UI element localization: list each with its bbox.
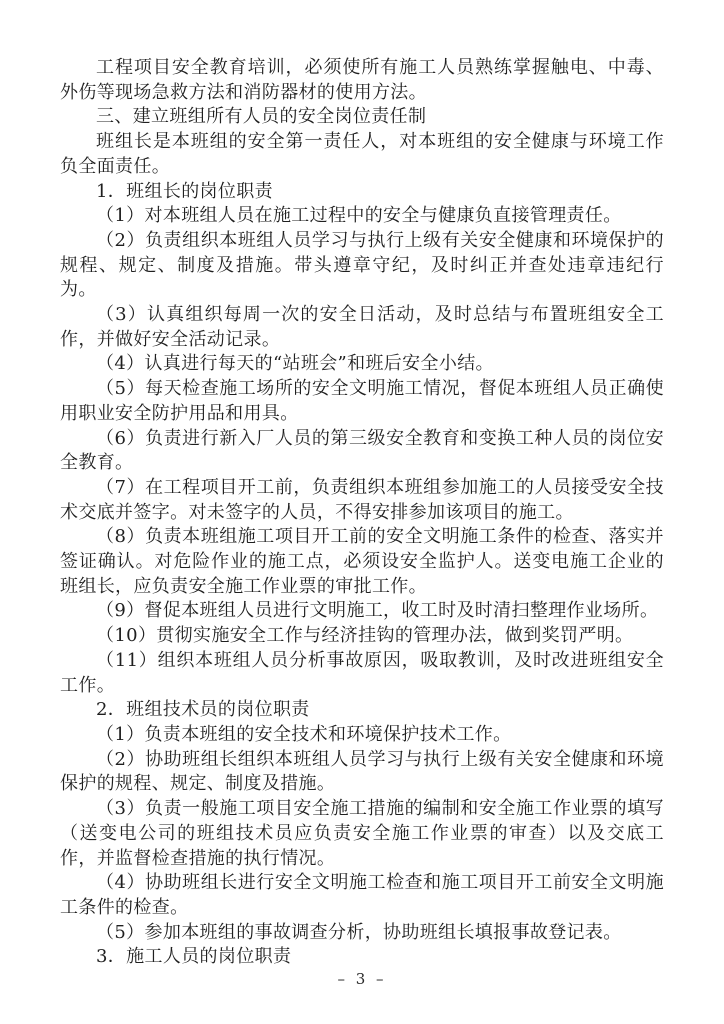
leader-duty-1: （1）对本班组人员在施工过程中的安全与健康负直接管理责任。: [60, 204, 664, 229]
leader-duty-8: （8）负责本班组施工项目开工前的安全文明施工条件的检查、落实并签证确认。对危险作…: [60, 525, 664, 599]
leader-duty-5: （5）每天检查施工场所的安全文明施工情况，督促本班组人员正确使用职业安全防护用品…: [60, 377, 664, 426]
heading-leader-duties: 1．班组长的岗位职责: [60, 180, 664, 205]
document-page: 工程项目安全教育培训，必须使所有施工人员熟练掌握触电、中毒、外伤等现场急救方法和…: [0, 0, 724, 1024]
heading-technician-duties: 2．班组技术员的岗位职责: [60, 698, 664, 723]
technician-duty-3: （3）负责一般施工项目安全施工措施的编制和安全施工作业票的填写（送变电公司的班组…: [60, 797, 664, 871]
technician-duty-2: （2）协助班组长组织本班组人员学习与执行上级有关安全健康和环境保护的规程、规定、…: [60, 748, 664, 797]
para-training-requirement: 工程项目安全教育培训，必须使所有施工人员熟练掌握触电、中毒、外伤等现场急救方法和…: [60, 56, 664, 105]
leader-duty-11: （11）组织本班组人员分析事故原因，吸取教训，及时改进班组安全工作。: [60, 649, 664, 698]
document-body: 工程项目安全教育培训，必须使所有施工人员熟练掌握触电、中毒、外伤等现场急救方法和…: [60, 56, 664, 970]
technician-duty-5: （5）参加本班组的事故调查分析，协助班组长填报事故登记表。: [60, 921, 664, 946]
technician-duty-1: （1）负责本班组的安全技术和环境保护技术工作。: [60, 723, 664, 748]
leader-duty-6: （6）负责进行新入厂人员的第三级安全教育和变换工种人员的岗位安全教育。: [60, 427, 664, 476]
heading-section-3: 三、建立班组所有人员的安全岗位责任制: [60, 105, 664, 130]
page-number: – 3 –: [0, 970, 724, 988]
para-leader-first-responsible: 班组长是本班组的安全第一责任人，对本班组的安全健康与环境工作负全面责任。: [60, 130, 664, 179]
heading-worker-duties: 3．施工人员的岗位职责: [60, 945, 664, 970]
technician-duty-4: （4）协助班组长进行安全文明施工检查和施工项目开工前安全文明施工条件的检查。: [60, 871, 664, 920]
leader-duty-4: （4）认真进行每天的“站班会”和班后安全小结。: [60, 352, 664, 377]
leader-duty-9: （9）督促本班组人员进行文明施工，收工时及时清扫整理作业场所。: [60, 599, 664, 624]
leader-duty-2: （2）负责组织本班组人员学习与执行上级有关安全健康和环境保护的规程、规定、制度及…: [60, 229, 664, 303]
leader-duty-3: （3）认真组织每周一次的安全日活动，及时总结与布置班组安全工作，并做好安全活动记…: [60, 303, 664, 352]
leader-duty-7: （7）在工程项目开工前，负责组织本班组参加施工的人员接受安全技术交底并签字。对未…: [60, 476, 664, 525]
leader-duty-10: （10）贯彻实施安全工作与经济挂钩的管理办法，做到奖罚严明。: [60, 624, 664, 649]
